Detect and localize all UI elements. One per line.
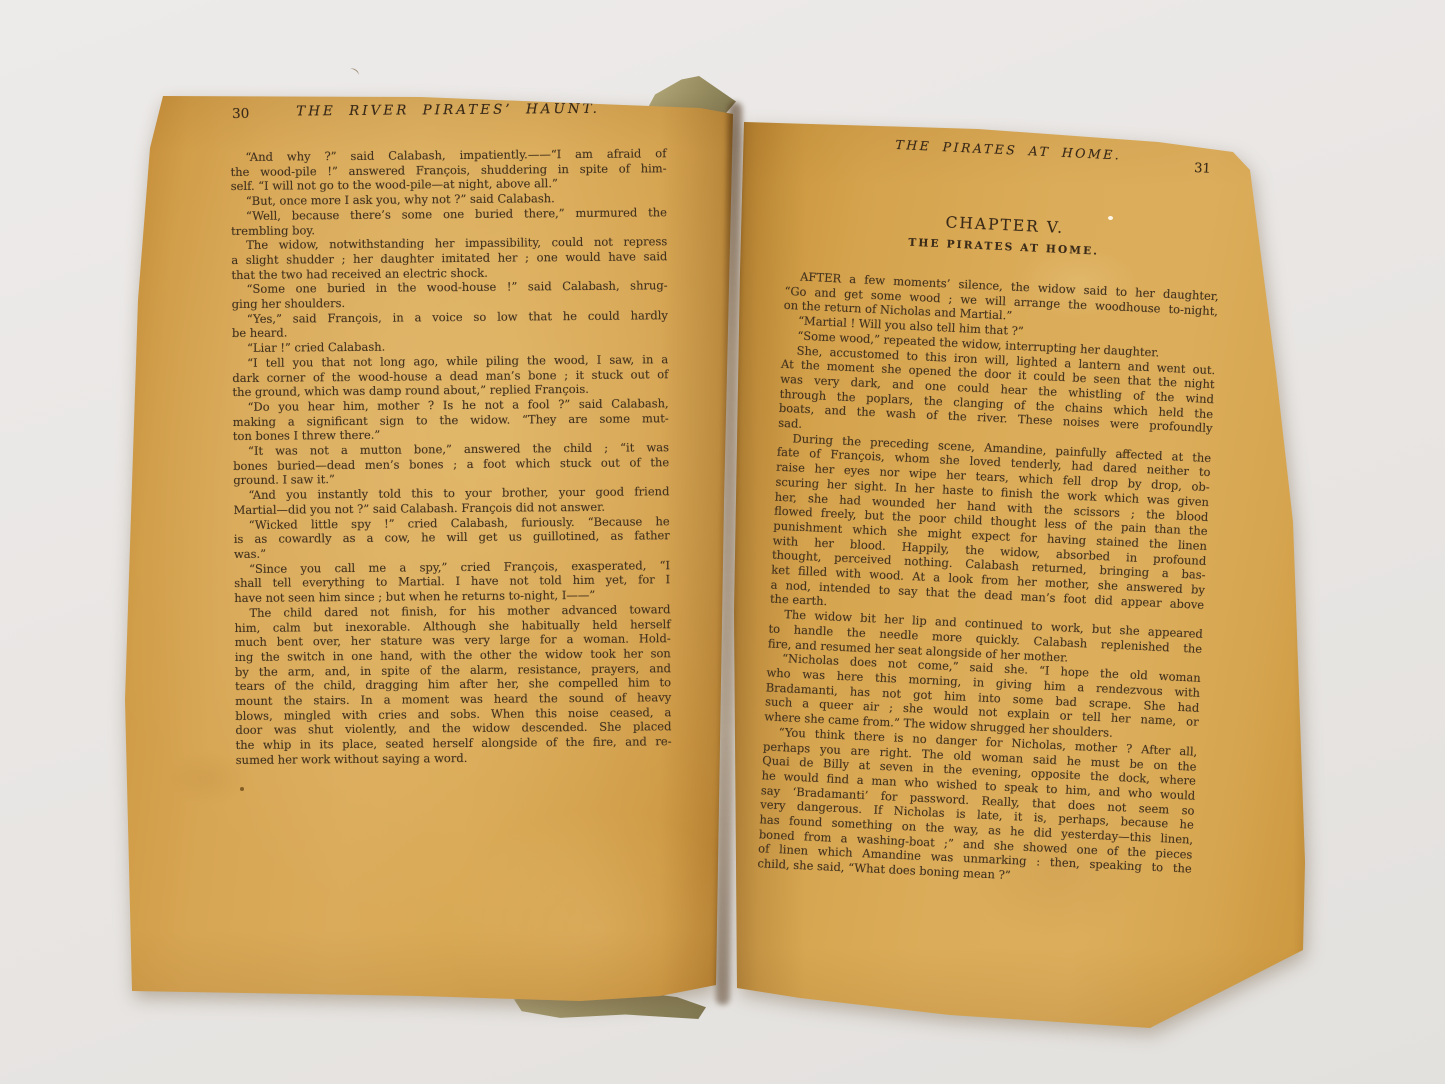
paragraph: “Yes,” said François, in a voice so low … — [232, 308, 668, 341]
paragraph: “And you instantly told this to your bro… — [233, 484, 669, 517]
right-page-content: THE PIRATES AT HOME. 31 CHAPTER V. THE P… — [757, 132, 1225, 891]
photo-scene: 30 THE RIVER PIRATES’ HAUNT. “And why ?”… — [0, 0, 1445, 1084]
text-line: sumed her work without saying a word. — [236, 749, 672, 768]
left-page-content: 30 THE RIVER PIRATES’ HAUNT. “And why ?”… — [230, 100, 672, 767]
right-page-number: 31 — [1194, 161, 1211, 177]
paragraph: The child dared not finish, for his moth… — [234, 602, 671, 768]
right-page-text: AFTER a few moments’ silence, the widow … — [757, 269, 1219, 892]
left-page: 30 THE RIVER PIRATES’ HAUNT. “And why ?”… — [120, 88, 748, 1013]
paragraph: “You think there is no danger for Nichol… — [757, 724, 1197, 891]
left-page-header: 30 THE RIVER PIRATES’ HAUNT. — [230, 100, 666, 122]
paragraph: “Do you hear him, mother ? Is he not a f… — [233, 396, 669, 444]
left-page-text: “And why ?” said Calabash, impatiently.—… — [230, 146, 671, 767]
background-fiber-speck — [348, 67, 360, 78]
paragraph: “Wicked little spy !” cried Calabash, fu… — [234, 514, 670, 562]
right-page-header: THE PIRATES AT HOME. 31 — [791, 132, 1225, 170]
paragraph: “Well, because there’s some one buried t… — [231, 205, 667, 238]
paragraph: “Some one buried in the wood-house !” sa… — [232, 279, 668, 312]
left-page-wrap: 30 THE RIVER PIRATES’ HAUNT. “And why ?”… — [120, 88, 748, 1013]
left-running-head: THE RIVER PIRATES’ HAUNT. — [296, 101, 600, 120]
right-page: THE PIRATES AT HOME. 31 CHAPTER V. THE P… — [728, 112, 1323, 1040]
paragraph: The widow, notwithstanding her impassibi… — [231, 234, 667, 282]
paragraph: “Since you call me a spy,” cried Françoi… — [234, 558, 670, 606]
right-running-head: THE PIRATES AT HOME. — [895, 137, 1122, 163]
paragraph: During the preceding scene, Amandine, pa… — [770, 430, 1212, 627]
paragraph: “It was not a mutton bone,” answered the… — [233, 440, 669, 488]
left-page-number: 30 — [232, 106, 249, 122]
paragraph: “And why ?” said Calabash, impatiently.—… — [230, 146, 666, 194]
paragraph: “I tell you that not long ago, while pil… — [232, 352, 668, 400]
right-page-wrap: THE PIRATES AT HOME. 31 CHAPTER V. THE P… — [728, 112, 1323, 1040]
